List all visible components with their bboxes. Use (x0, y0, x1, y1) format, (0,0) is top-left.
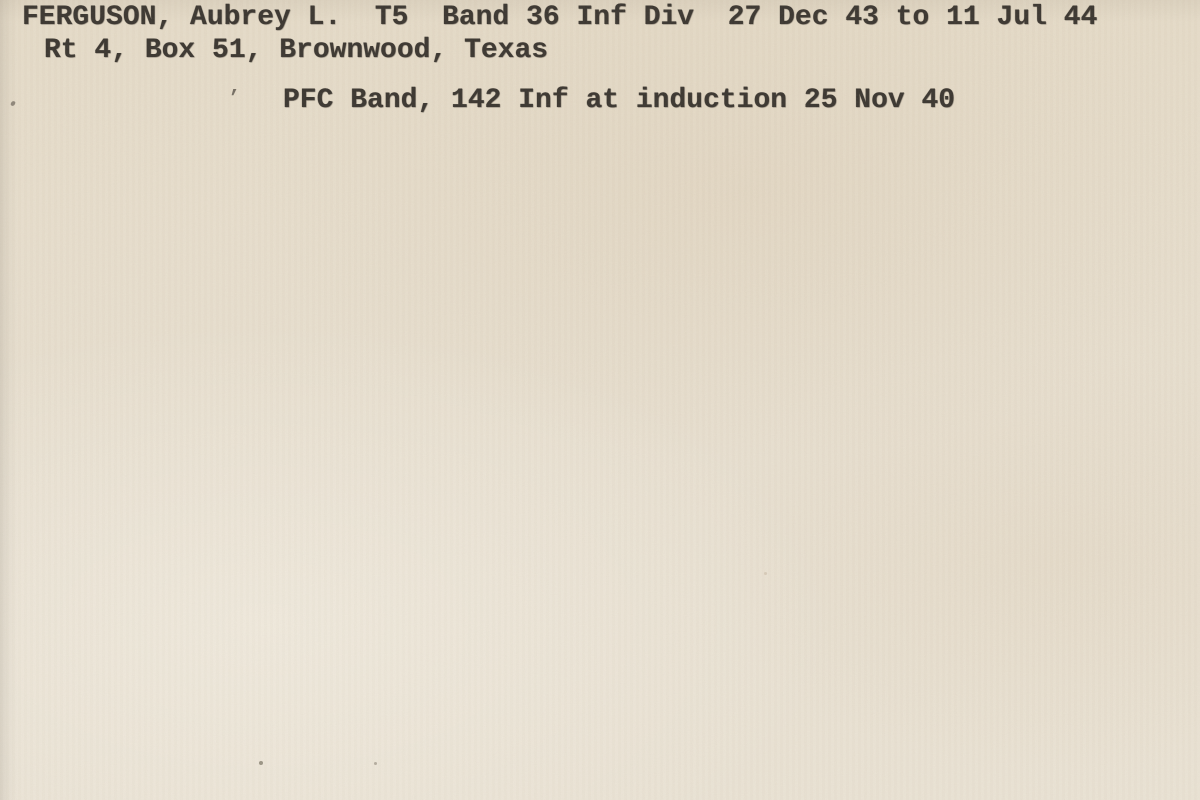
card-line-induction-note: PFC Band, 142 Inf at induction 25 Nov 40 (283, 86, 955, 116)
paper-speck (374, 762, 377, 765)
paper-speck (259, 761, 263, 765)
card-line-name-rank-unit-dates: FERGUSON, Aubrey L. T5 Band 36 Inf Div 2… (22, 3, 1097, 33)
paper-speck (764, 572, 767, 575)
index-card-scan: FERGUSON, Aubrey L. T5 Band 36 Inf Div 2… (0, 0, 1200, 800)
paper-speck (10, 100, 16, 106)
card-line-address: Rt 4, Box 51, Brownwood, Texas (44, 36, 548, 66)
paper-grain-texture (0, 0, 1200, 800)
stray-ink-mark: ’ (228, 88, 240, 111)
